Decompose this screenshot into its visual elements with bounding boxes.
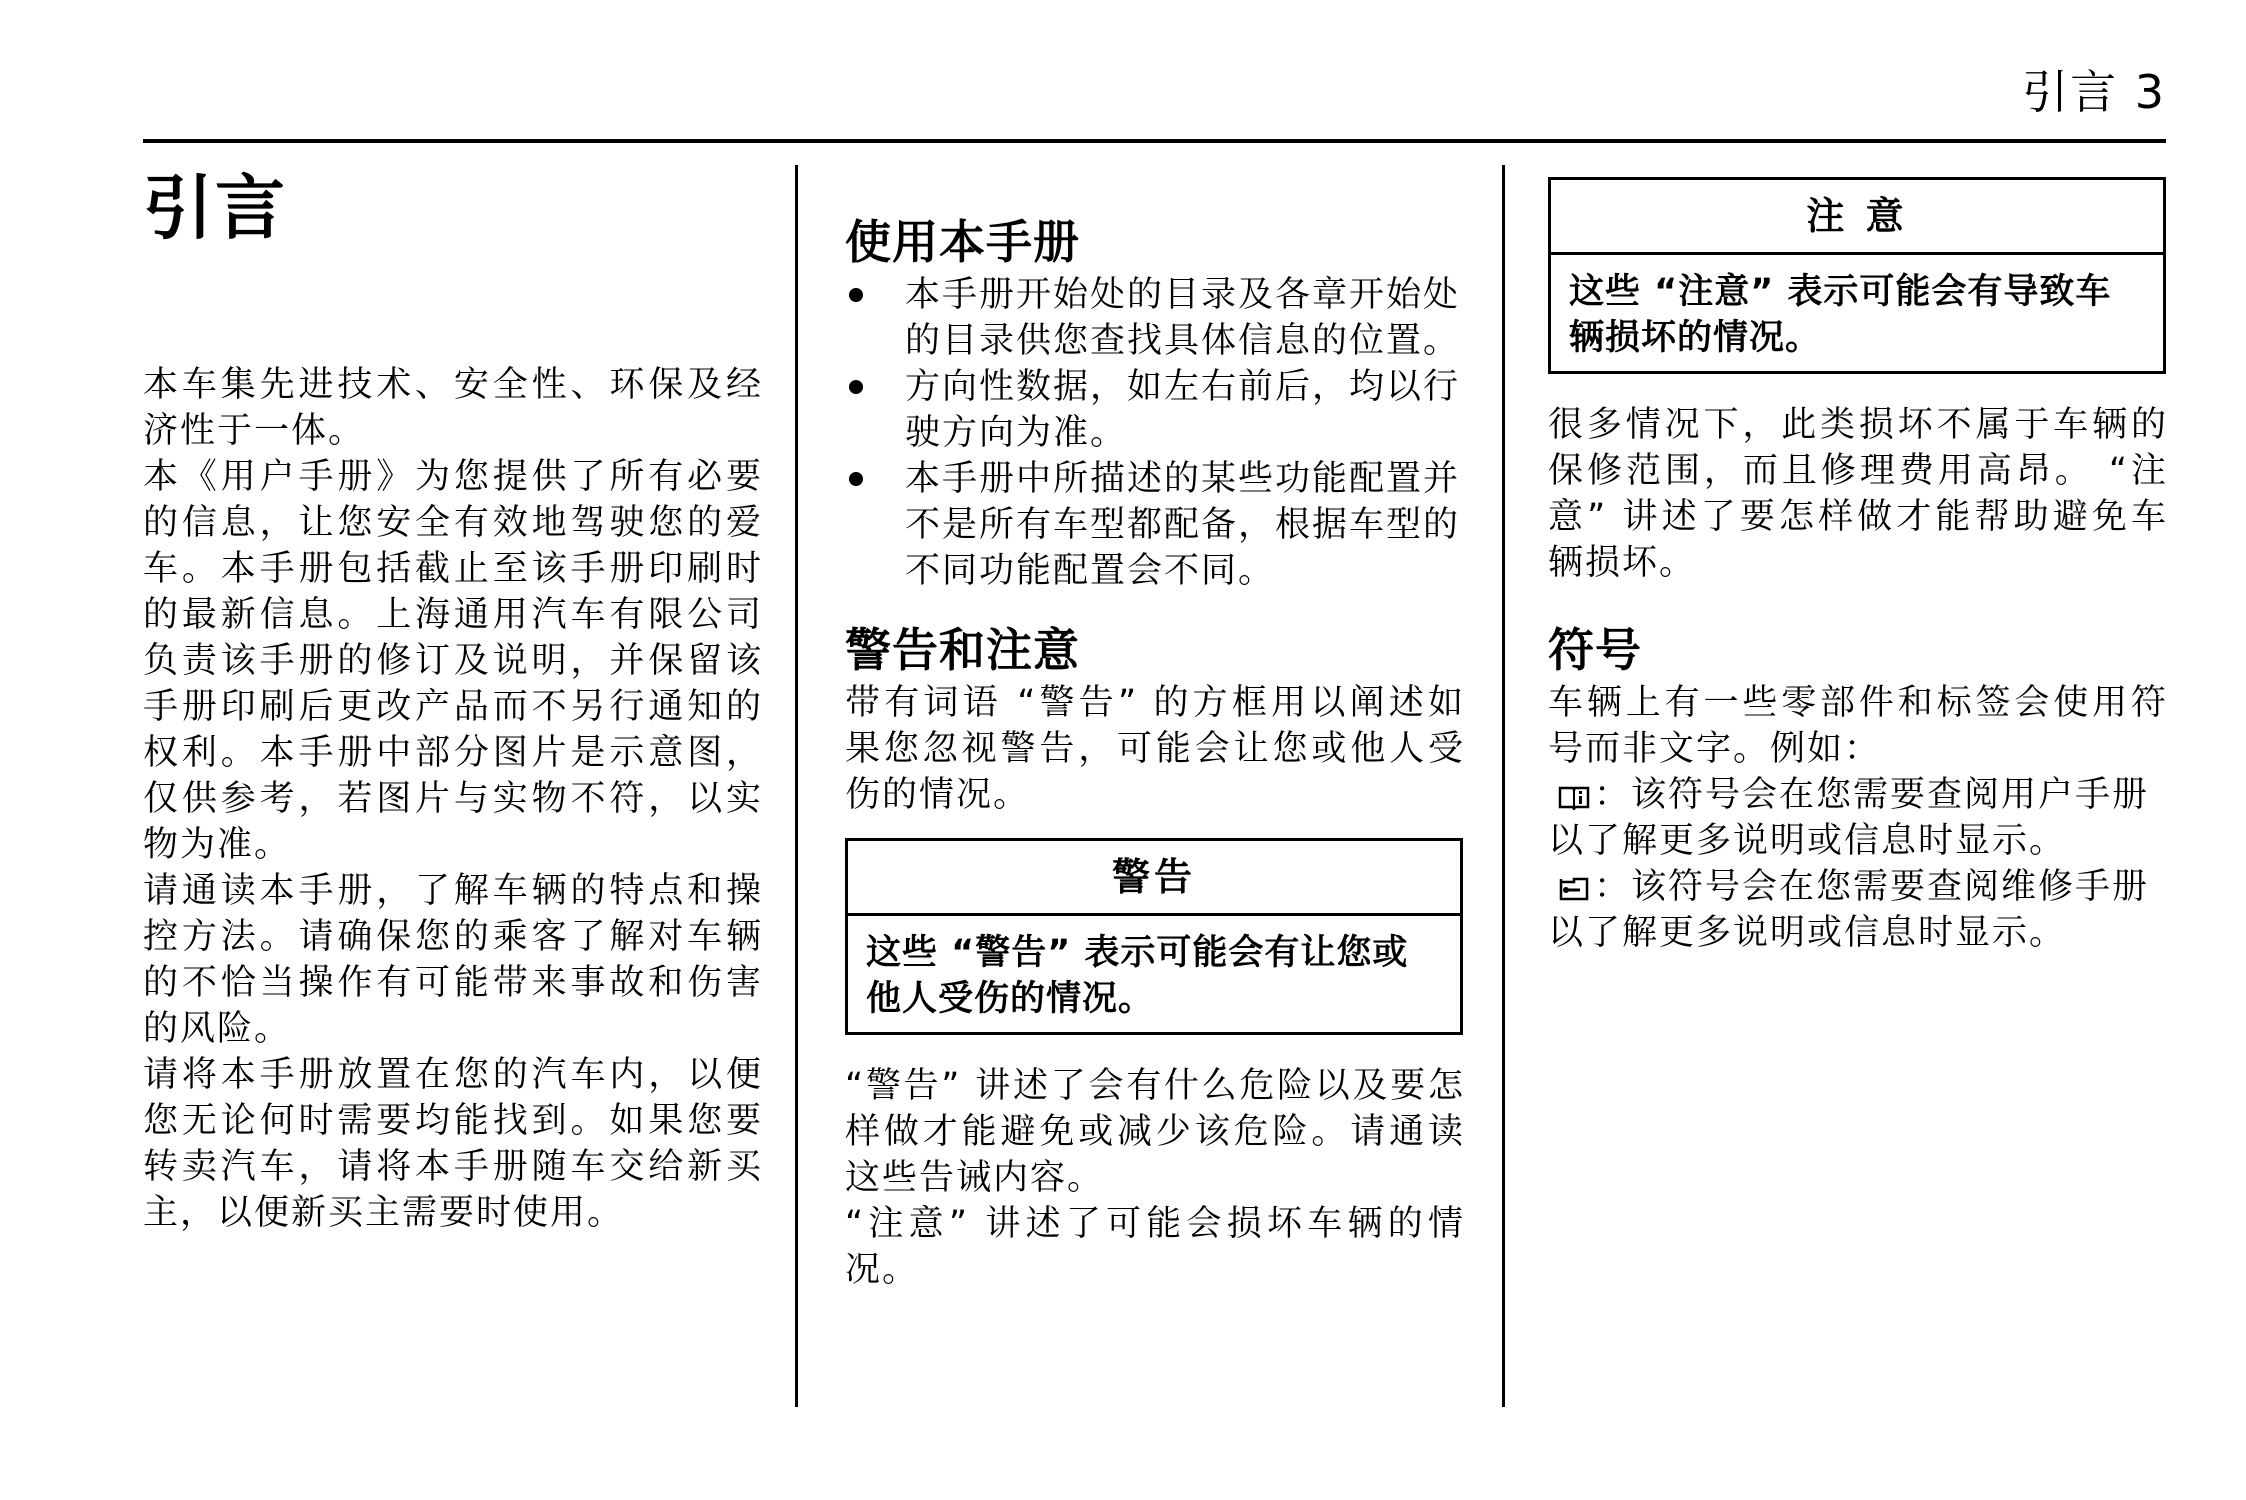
symbol-item-service-manual: ：该符号会在您需要查阅维修手册以了解更多说明或信息时显示。 [1548,864,2168,956]
running-header-title: 引言 3 [2022,62,2166,122]
header-rule [143,139,2166,143]
section-title-using-manual: 使用本手册 [845,212,1465,272]
service-manual-book-icon [1558,868,1590,894]
owner-manual-book-icon [1558,776,1590,802]
bullet-icon [849,472,863,486]
warnings-intro-paragraph: 带有词语 “警告” 的方框用以阐述如果您忽视警告，可能会让您或他人受伤的情况。 [845,680,1465,818]
warning-explanation-paragraph: “警告” 讲述了会有什么危险以及要怎样做才能避免或减少该危险。请通读这些告诫内容… [845,1063,1465,1201]
list-item-text: 本手册中所描述的某些功能配置并不是所有车型都配备，根据车型的不同功能配置会不同。 [905,459,1460,591]
column-divider-1 [795,165,798,1407]
symbol-item-text: ：该符号会在您需要查阅维修手册以了解更多说明或信息时显示。 [1548,867,2149,953]
right-column: 注 意 这些 “注意” 表示可能会有导致车辆损坏的情况。 很多情况下，此类损坏不… [1548,150,2168,956]
warning-box: 警告 这些 “警告” 表示可能会有让您或他人受伤的情况。 [845,838,1463,1035]
middle-column: 使用本手册 本手册开始处的目录及各章开始处的目录供您查找具体信息的位置。 方向性… [845,150,1465,1293]
page-title: 引言 [143,158,763,258]
symbol-item-text: ：该符号会在您需要查阅用户手册以了解更多说明或信息时显示。 [1548,775,2149,861]
list-item: 本手册中所描述的某些功能配置并不是所有车型都配备，根据车型的不同功能配置会不同。 [845,456,1465,594]
caution-paragraph: 很多情况下，此类损坏不属于车辆的保修范围，而且修理费用高昂。 “注意” 讲述了要… [1548,402,2168,586]
caution-box-title: 注 意 [1551,180,2163,255]
symbols-intro-paragraph: 车辆上有一些零部件和标签会使用符号而非文字。例如： [1548,680,2168,772]
caution-box-body: 这些 “注意” 表示可能会有导致车辆损坏的情况。 [1551,255,2163,371]
symbol-item-owner-manual: ：该符号会在您需要查阅用户手册以了解更多说明或信息时显示。 [1548,772,2168,864]
left-column: 引言 本车集先进技术、安全性、环保及经济性于一体。 本《用户手册》为您提供了所有… [143,150,763,1236]
intro-paragraph-1: 本车集先进技术、安全性、环保及经济性于一体。 [143,362,763,454]
intro-paragraph-2: 本《用户手册》为您提供了所有必要的信息，让您安全有效地驾驶您的爱车。本手册包括截… [143,454,763,868]
warning-box-title: 警告 [848,841,1460,916]
list-item-text: 本手册开始处的目录及各章开始处的目录供您查找具体信息的位置。 [905,275,1460,361]
bullet-icon [849,288,863,302]
intro-paragraph-4: 请将本手册放置在您的汽车内，以便您无论何时需要均能找到。如果您要转卖汽车，请将本… [143,1052,763,1236]
column-divider-2 [1502,165,1505,1407]
list-item-text: 方向性数据，如左右前后，均以行驶方向为准。 [905,367,1460,453]
caution-explanation-paragraph: “注意” 讲述了可能会损坏车辆的情况。 [845,1201,1465,1293]
section-title-symbols: 符号 [1548,620,2168,680]
caution-box: 注 意 这些 “注意” 表示可能会有导致车辆损坏的情况。 [1548,177,2166,374]
list-item: 方向性数据，如左右前后，均以行驶方向为准。 [845,364,1465,456]
bullet-icon [849,380,863,394]
section-title-warnings-cautions: 警告和注意 [845,620,1465,680]
using-manual-list: 本手册开始处的目录及各章开始处的目录供您查找具体信息的位置。 方向性数据，如左右… [845,272,1465,594]
list-item: 本手册开始处的目录及各章开始处的目录供您查找具体信息的位置。 [845,272,1465,364]
intro-paragraph-3: 请通读本手册，了解车辆的特点和操控方法。请确保您的乘客了解对车辆的不恰当操作有可… [143,868,763,1052]
warning-box-body: 这些 “警告” 表示可能会有让您或他人受伤的情况。 [848,916,1460,1032]
